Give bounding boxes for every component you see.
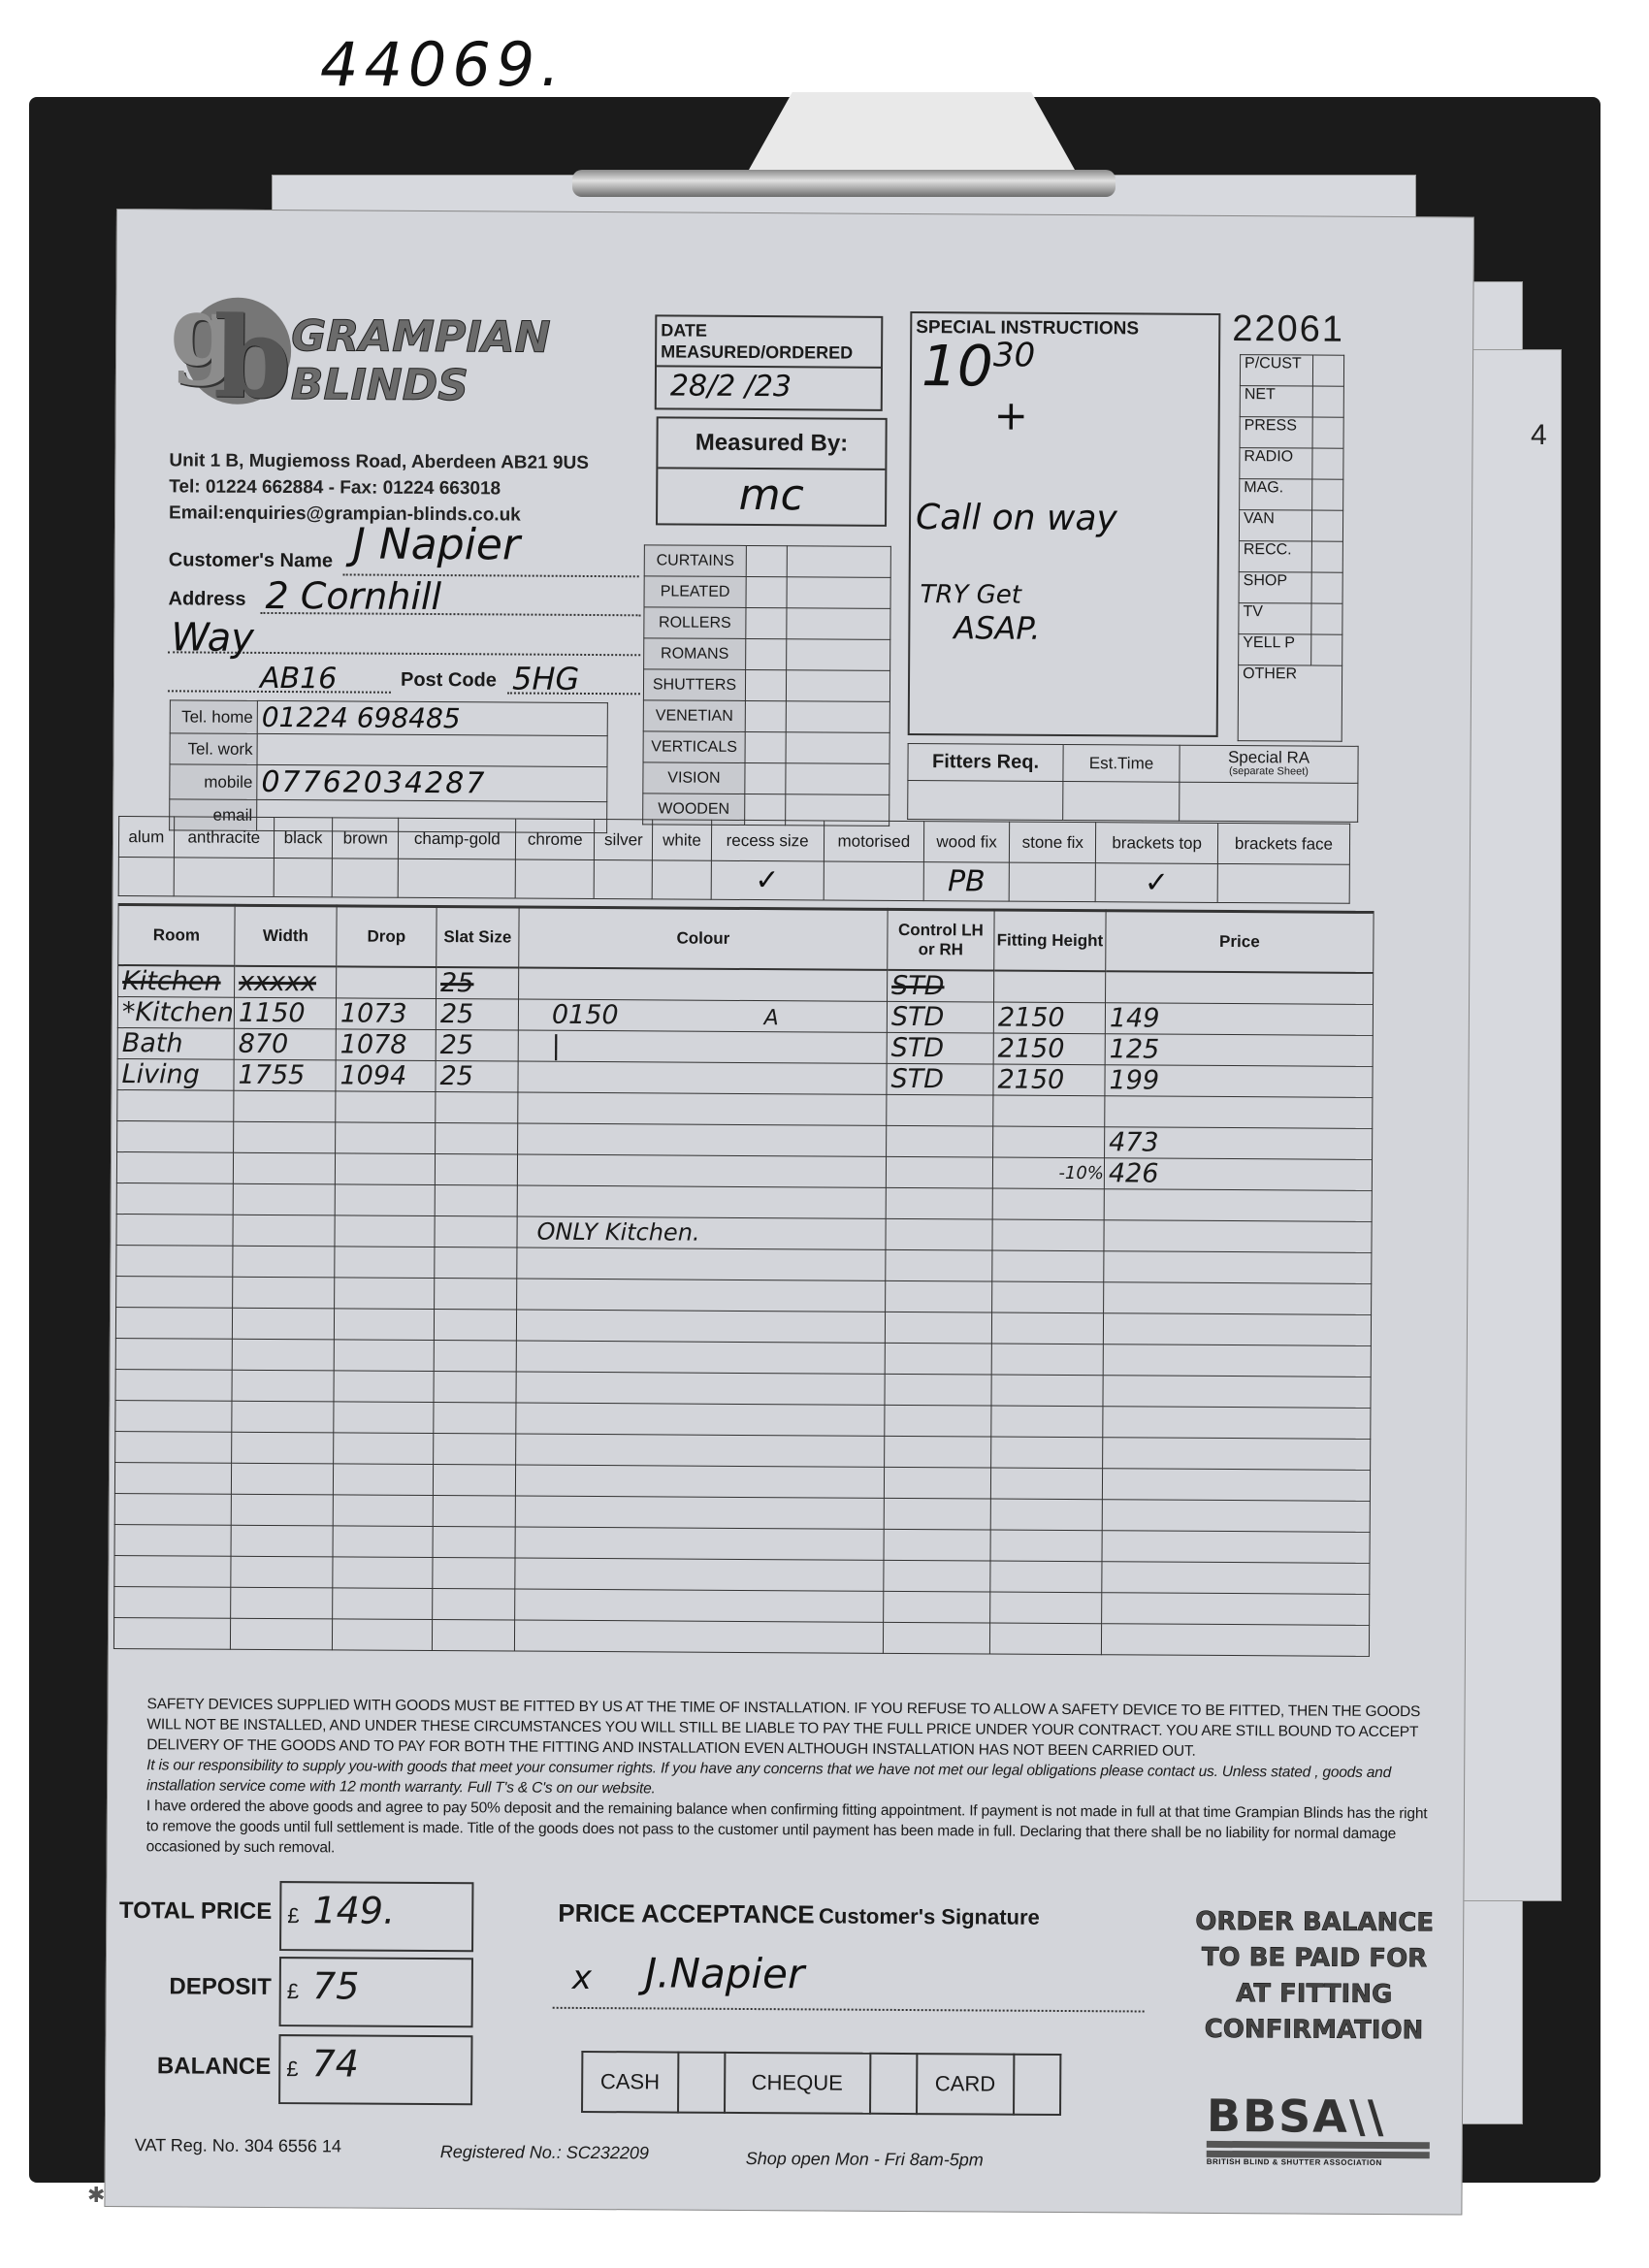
order-cell[interactable] xyxy=(515,1496,884,1529)
option-value[interactable] xyxy=(1009,862,1096,902)
order-cell[interactable] xyxy=(515,1527,884,1560)
option-value[interactable] xyxy=(399,859,516,898)
order-cell[interactable] xyxy=(115,1307,232,1339)
order-slat[interactable]: 25 xyxy=(436,1029,518,1061)
option-value[interactable] xyxy=(515,859,594,898)
address-label: Address xyxy=(168,588,245,610)
order-note[interactable]: ONLY Kitchen. xyxy=(517,1216,886,1249)
order-cell[interactable] xyxy=(116,1183,233,1215)
option-value[interactable]: ✓ xyxy=(711,860,824,900)
signature-label: Customer's Signature xyxy=(819,1903,1040,1928)
order-cell[interactable] xyxy=(433,1526,515,1558)
product-qty[interactable] xyxy=(745,669,786,700)
order-cell[interactable] xyxy=(232,1308,334,1340)
option-value[interactable] xyxy=(824,861,924,901)
order-cell[interactable] xyxy=(116,1245,233,1277)
bbsa-bars-icon xyxy=(1207,2141,1430,2158)
product-label: CURTAINS xyxy=(644,545,746,577)
order-fitting-height[interactable]: 2150 xyxy=(993,1033,1105,1065)
source-checkbox[interactable] xyxy=(1311,541,1342,572)
order-cell[interactable] xyxy=(887,1125,993,1157)
order-width[interactable]: xxxxx xyxy=(235,965,337,997)
source-checkbox[interactable] xyxy=(1312,355,1343,386)
signature-field[interactable]: J.Napier xyxy=(645,1949,805,1997)
product-detail[interactable] xyxy=(786,763,889,795)
orders-table: Room Width Drop Slat Size Colour Control… xyxy=(113,903,1374,1656)
product-qty[interactable] xyxy=(745,762,786,794)
order-cell[interactable] xyxy=(113,1617,230,1649)
order-cell[interactable] xyxy=(1102,1530,1370,1563)
order-cell[interactable] xyxy=(232,1401,334,1433)
order-drop[interactable]: 1073 xyxy=(336,997,436,1029)
balance-field[interactable]: £74 xyxy=(278,2034,472,2105)
order-width[interactable]: 1755 xyxy=(234,1059,336,1091)
option-header: anthracite xyxy=(174,817,275,859)
option-value[interactable] xyxy=(274,859,332,897)
order-cell[interactable] xyxy=(336,1090,436,1122)
order-cell[interactable] xyxy=(334,1370,434,1402)
order-cell[interactable] xyxy=(231,1494,333,1526)
order-cell[interactable] xyxy=(516,1310,885,1343)
col-fitting-height: Fitting Height xyxy=(994,910,1106,971)
order-drop[interactable] xyxy=(337,966,436,998)
customer-name-field[interactable]: J Napier xyxy=(353,519,520,569)
source-label: SHOP xyxy=(1239,572,1311,603)
product-checklist: CURTAINSPLEATEDROLLERSROMANSSHUTTERSVENE… xyxy=(642,544,891,826)
option-value[interactable]: PB xyxy=(923,862,1009,902)
order-fitting-height[interactable]: 2150 xyxy=(993,1002,1105,1034)
order-cell[interactable] xyxy=(990,1499,1102,1531)
order-cell[interactable] xyxy=(1102,1499,1370,1532)
product-qty[interactable] xyxy=(745,700,786,731)
product-qty[interactable] xyxy=(746,638,787,669)
order-cell[interactable] xyxy=(991,1312,1103,1345)
order-cell[interactable] xyxy=(435,1278,517,1310)
order-cell[interactable] xyxy=(515,1465,884,1498)
order-cell[interactable] xyxy=(1102,1468,1370,1501)
order-cell[interactable] xyxy=(514,1620,883,1653)
order-cell[interactable] xyxy=(885,1374,991,1406)
order-cell[interactable] xyxy=(333,1494,433,1526)
order-cell[interactable] xyxy=(992,1250,1104,1282)
order-cell[interactable] xyxy=(333,1587,433,1619)
order-cell[interactable] xyxy=(334,1401,434,1433)
order-cell[interactable] xyxy=(114,1586,231,1618)
order-cell[interactable] xyxy=(1101,1623,1369,1656)
tel-home-label: Tel. home xyxy=(170,700,257,734)
company-phone: Tel: 01224 662884 - Fax: 01224 663018 xyxy=(169,473,589,502)
order-cell[interactable] xyxy=(114,1524,231,1556)
order-price[interactable]: 125 xyxy=(1105,1033,1373,1066)
order-cell[interactable] xyxy=(991,1375,1103,1407)
order-cell[interactable] xyxy=(517,1154,886,1187)
order-slat[interactable]: 25 xyxy=(436,998,518,1030)
balance-value: 74 xyxy=(311,2042,359,2085)
source-label: RADIO xyxy=(1240,448,1312,479)
order-drop[interactable]: 1078 xyxy=(336,1028,436,1060)
special-ra-field[interactable] xyxy=(1180,782,1358,822)
order-cell[interactable] xyxy=(990,1592,1102,1624)
option-header: stone fix xyxy=(1010,822,1097,863)
order-cell[interactable] xyxy=(335,1183,435,1215)
order-cell[interactable] xyxy=(991,1344,1103,1376)
order-cell[interactable] xyxy=(884,1467,990,1499)
order-cell[interactable] xyxy=(1103,1312,1371,1345)
colour-value: 0150 xyxy=(552,999,619,1029)
order-cell[interactable] xyxy=(1105,1095,1373,1128)
order-width[interactable]: 870 xyxy=(234,1028,336,1060)
order-cell[interactable] xyxy=(516,1403,885,1436)
order-cell[interactable] xyxy=(517,1185,886,1218)
order-cell[interactable] xyxy=(515,1558,884,1591)
source-row: NET xyxy=(1240,386,1343,418)
order-cell[interactable] xyxy=(117,1120,234,1152)
safety-terms: SAFETY DEVICES SUPPLIED WITH GOODS MUST … xyxy=(146,1694,1437,1763)
order-cell[interactable] xyxy=(884,1591,990,1623)
order-cell[interactable] xyxy=(886,1280,992,1312)
currency-symbol: £ xyxy=(286,2057,298,2081)
address-field-1[interactable]: 2 Cornhill xyxy=(265,574,441,618)
order-cell[interactable] xyxy=(433,1588,515,1620)
signature-line xyxy=(553,2007,1145,2013)
product-qty[interactable] xyxy=(746,607,787,638)
order-cell[interactable] xyxy=(117,1089,234,1121)
fitters-req-field[interactable] xyxy=(908,780,1063,820)
order-cell[interactable] xyxy=(114,1462,231,1494)
order-fitting-height[interactable] xyxy=(994,970,1106,1002)
option-value[interactable] xyxy=(118,858,174,896)
product-detail[interactable] xyxy=(786,701,889,733)
source-label: VAN xyxy=(1239,510,1311,541)
order-room[interactable]: *Kitchen xyxy=(117,996,234,1028)
order-cell[interactable] xyxy=(886,1156,992,1188)
order-cell[interactable] xyxy=(1104,1281,1372,1314)
order-cell[interactable] xyxy=(992,1219,1104,1251)
order-cell[interactable] xyxy=(234,1090,336,1122)
option-header: silver xyxy=(595,820,653,860)
brand-line-1: GRAMPIAN xyxy=(291,312,551,363)
order-width[interactable]: 1150 xyxy=(234,997,336,1029)
product-qty[interactable] xyxy=(746,545,787,576)
order-cell[interactable] xyxy=(887,1094,993,1126)
order-fitting-height[interactable]: 2150 xyxy=(993,1064,1105,1096)
source-checkbox[interactable] xyxy=(1311,603,1342,634)
order-cell[interactable] xyxy=(434,1371,516,1403)
order-cell[interactable] xyxy=(232,1432,334,1464)
order-room[interactable]: Living xyxy=(117,1058,234,1090)
order-colour[interactable] xyxy=(519,967,888,1001)
clipboard-clip xyxy=(572,170,1115,197)
order-discounted-total[interactable]: 426 xyxy=(1104,1157,1372,1190)
order-cell[interactable] xyxy=(233,1246,335,1278)
order-discount[interactable]: -10% xyxy=(992,1157,1104,1189)
order-cell[interactable] xyxy=(883,1622,989,1654)
order-cell[interactable] xyxy=(335,1152,435,1184)
order-cell[interactable] xyxy=(436,1091,518,1123)
brand-line-2: BLINDS xyxy=(291,361,551,411)
order-colour[interactable]: | xyxy=(518,1030,887,1063)
total-price-field[interactable]: £149. xyxy=(279,1881,473,1952)
currency-symbol: £ xyxy=(287,1979,299,2003)
order-cell[interactable] xyxy=(434,1402,516,1434)
order-cell[interactable] xyxy=(884,1498,990,1530)
shop-hours: Shop open Mon - Fri 8am-5pm xyxy=(746,2149,984,2170)
order-cell[interactable] xyxy=(885,1312,991,1344)
balance-label: BALANCE xyxy=(106,2053,271,2081)
source-label: YELL P xyxy=(1239,634,1311,665)
source-label: NET xyxy=(1240,386,1312,417)
order-control[interactable]: STD xyxy=(887,1063,993,1095)
product-detail[interactable] xyxy=(787,577,890,609)
order-cell[interactable] xyxy=(231,1463,333,1495)
product-label: PLEATED xyxy=(644,576,746,608)
order-cell[interactable] xyxy=(1104,1219,1372,1252)
order-cell[interactable] xyxy=(233,1183,335,1215)
order-cell[interactable] xyxy=(434,1340,516,1372)
order-cell[interactable] xyxy=(433,1464,515,1496)
source-checkbox[interactable] xyxy=(1312,448,1343,479)
postcode-field[interactable]: 5HG xyxy=(512,661,579,697)
order-control[interactable]: STD xyxy=(888,969,994,1001)
order-cell[interactable] xyxy=(116,1151,233,1183)
product-row: CURTAINS xyxy=(644,545,890,578)
order-cell[interactable] xyxy=(434,1433,516,1465)
product-detail[interactable] xyxy=(787,546,890,578)
background-sheet-number: 4 xyxy=(1531,419,1547,452)
notice-line: AT FITTING xyxy=(1174,1976,1455,2014)
order-cell[interactable] xyxy=(231,1525,333,1557)
order-cell[interactable] xyxy=(233,1215,335,1247)
order-cell[interactable] xyxy=(433,1557,515,1589)
order-cell[interactable] xyxy=(885,1436,991,1468)
col-slat-size: Slat Size xyxy=(436,907,519,968)
product-detail[interactable] xyxy=(786,670,889,702)
order-cell[interactable] xyxy=(516,1434,885,1467)
order-price[interactable]: 149 xyxy=(1105,1002,1373,1035)
order-cell[interactable] xyxy=(332,1618,432,1650)
product-detail[interactable] xyxy=(786,732,889,764)
order-cell[interactable] xyxy=(333,1556,433,1588)
order-cell[interactable] xyxy=(234,1121,336,1153)
order-cell[interactable] xyxy=(989,1623,1101,1655)
source-checklist: P/CUSTNETPRESSRADIOMAG.VANRECC.SHOPTVYEL… xyxy=(1238,354,1344,742)
col-width: Width xyxy=(235,905,337,966)
order-cell[interactable] xyxy=(230,1618,332,1650)
order-control[interactable]: STD xyxy=(887,1032,993,1064)
option-value[interactable]: ✓ xyxy=(1096,863,1218,903)
order-cell[interactable] xyxy=(433,1495,515,1527)
order-price[interactable]: 199 xyxy=(1105,1064,1373,1097)
source-checkbox[interactable] xyxy=(1312,479,1343,510)
order-cell[interactable] xyxy=(1103,1406,1371,1439)
product-detail[interactable] xyxy=(787,639,890,671)
order-cell[interactable] xyxy=(233,1152,335,1184)
order-cell[interactable] xyxy=(114,1493,231,1525)
option-header: alum xyxy=(118,817,174,858)
order-cell[interactable] xyxy=(116,1276,233,1308)
order-cell[interactable] xyxy=(518,1123,887,1156)
order-cell[interactable] xyxy=(115,1338,232,1370)
order-control[interactable]: STD xyxy=(887,1001,993,1033)
source-checkbox[interactable] xyxy=(1312,386,1343,417)
option-header: champ-gold xyxy=(399,818,516,859)
price-acceptance-heading: PRICE ACCEPTANCE Customer's Signature xyxy=(558,1898,1040,1931)
order-cell[interactable] xyxy=(333,1463,433,1495)
order-cell[interactable] xyxy=(517,1279,886,1312)
order-cell[interactable] xyxy=(991,1437,1103,1469)
source-checkbox[interactable] xyxy=(1311,572,1342,603)
source-label: MAG. xyxy=(1240,479,1312,510)
option-value[interactable] xyxy=(174,858,275,897)
order-cell[interactable] xyxy=(886,1218,992,1250)
order-cell[interactable] xyxy=(231,1556,333,1588)
tel-home-field[interactable]: 01224 698485 xyxy=(257,700,607,735)
scan-mark: ✱ xyxy=(87,2183,105,2208)
option-value[interactable] xyxy=(653,860,711,899)
order-cell[interactable] xyxy=(515,1589,884,1622)
deposit-value: 75 xyxy=(312,1964,360,2007)
company-address: Unit 1 B, Mugiemoss Road, Aberdeen AB21 … xyxy=(169,447,589,476)
order-subtotal[interactable]: 473 xyxy=(1105,1126,1373,1159)
deposit-field[interactable]: £75 xyxy=(279,1957,473,2027)
order-cell[interactable] xyxy=(886,1187,992,1219)
option-header: motorised xyxy=(824,821,924,862)
mobile-field[interactable]: 07762034287 xyxy=(257,764,607,801)
order-cell[interactable] xyxy=(1103,1344,1371,1377)
order-cell[interactable] xyxy=(334,1308,434,1340)
special-ra-title: Special RA xyxy=(1184,749,1354,764)
est-time-field[interactable] xyxy=(1063,781,1180,821)
order-cell[interactable] xyxy=(517,1247,886,1280)
order-cell[interactable] xyxy=(115,1431,232,1463)
special-instructions-box: SPECIAL INSTRUCTIONS 1030 + Call on way … xyxy=(908,311,1221,737)
order-cell[interactable] xyxy=(516,1372,885,1405)
order-cell[interactable] xyxy=(1102,1561,1370,1594)
notice-line: ORDER BALANCE xyxy=(1174,1904,1455,1942)
order-cell[interactable] xyxy=(115,1400,232,1432)
order-cell[interactable] xyxy=(1104,1250,1372,1283)
order-cell[interactable] xyxy=(432,1619,514,1651)
order-cell[interactable] xyxy=(233,1277,335,1309)
notice-line: CONFIRMATION xyxy=(1173,2012,1454,2050)
product-row: ROMANS xyxy=(644,638,890,671)
order-cell[interactable] xyxy=(435,1184,517,1216)
order-cell[interactable] xyxy=(990,1561,1102,1593)
terms-and-conditions: SAFETY DEVICES SUPPLIED WITH GOODS MUST … xyxy=(146,1694,1438,1864)
contact-table: Tel. home 01224 698485 Tel. work mobile … xyxy=(169,699,608,833)
notice-line: TO BE PAID FOR xyxy=(1174,1940,1455,1978)
order-cell[interactable] xyxy=(232,1339,334,1371)
option-value[interactable] xyxy=(594,860,652,899)
order-cell[interactable] xyxy=(336,1121,436,1153)
tel-work-field[interactable] xyxy=(257,733,607,766)
order-cell[interactable] xyxy=(436,1122,518,1154)
order-cell[interactable] xyxy=(1103,1375,1371,1408)
order-cell[interactable] xyxy=(335,1215,435,1247)
order-cell[interactable] xyxy=(334,1339,434,1371)
product-detail[interactable] xyxy=(787,608,890,640)
source-checkbox[interactable] xyxy=(1311,634,1342,665)
order-cell[interactable] xyxy=(884,1529,990,1561)
order-cell[interactable] xyxy=(884,1560,990,1592)
address-field-3[interactable]: AB16 xyxy=(260,662,337,696)
order-cell[interactable] xyxy=(885,1343,991,1375)
source-checkbox[interactable] xyxy=(1312,417,1343,448)
order-cell[interactable] xyxy=(1103,1437,1371,1470)
order-cell[interactable] xyxy=(1104,1188,1372,1221)
order-cell[interactable] xyxy=(334,1432,434,1464)
order-cell[interactable] xyxy=(335,1246,435,1278)
product-qty[interactable] xyxy=(746,576,787,607)
order-drop[interactable]: 1094 xyxy=(336,1059,436,1091)
date-box: DATE MEASURED/ORDERED 28/2 /23 xyxy=(655,314,884,410)
order-cell[interactable] xyxy=(990,1530,1102,1562)
payment-method-checkbox[interactable] xyxy=(678,2053,725,2113)
order-cell[interactable] xyxy=(991,1406,1103,1438)
instruction-time-hour: 10 xyxy=(921,333,993,399)
order-cell[interactable] xyxy=(993,1126,1105,1158)
address-field-2[interactable]: Way xyxy=(171,615,254,661)
date-sublabel: MEASURED/ORDERED xyxy=(661,340,877,363)
order-cell[interactable] xyxy=(333,1525,433,1557)
order-cell[interactable] xyxy=(115,1369,232,1401)
order-room[interactable]: Kitchen xyxy=(118,965,235,997)
bbsa-logo: BBSA\\ BRITISH BLIND & SHUTTER ASSOCIATI… xyxy=(1207,2093,1430,2167)
order-slat[interactable]: 25 xyxy=(436,1060,518,1092)
product-qty[interactable] xyxy=(745,731,786,762)
order-cell[interactable] xyxy=(114,1555,231,1587)
order-colour[interactable] xyxy=(518,1061,887,1094)
order-cell[interactable] xyxy=(516,1341,885,1374)
order-cell[interactable] xyxy=(990,1468,1102,1500)
payment-method-checkbox[interactable] xyxy=(870,2054,917,2114)
option-header: brackets top xyxy=(1096,823,1218,864)
source-checkbox[interactable] xyxy=(1311,510,1342,541)
order-room[interactable]: Bath xyxy=(117,1027,234,1059)
measured-by-label: Measured By: xyxy=(658,418,885,470)
file-reference: 44069. xyxy=(320,29,566,100)
order-cell[interactable] xyxy=(518,1092,887,1125)
order-colour[interactable]: 0150A xyxy=(518,999,887,1032)
order-cell[interactable] xyxy=(231,1587,333,1619)
order-cell[interactable] xyxy=(435,1215,517,1247)
option-value[interactable] xyxy=(332,859,399,897)
order-cell[interactable] xyxy=(885,1405,991,1437)
order-cell[interactable] xyxy=(992,1281,1104,1313)
source-checkbox[interactable] xyxy=(1310,665,1342,741)
order-cell[interactable] xyxy=(232,1370,334,1402)
option-header: white xyxy=(653,820,711,860)
order-cell[interactable] xyxy=(993,1095,1105,1127)
option-header: black xyxy=(274,818,332,859)
order-price[interactable] xyxy=(1106,971,1374,1004)
source-label: P/CUST xyxy=(1240,355,1312,386)
payment-method-checkbox[interactable] xyxy=(1014,2055,1060,2115)
order-cell[interactable] xyxy=(435,1247,517,1279)
order-balance-notice: ORDER BALANCE TO BE PAID FOR AT FITTING … xyxy=(1173,1904,1455,2050)
option-value[interactable] xyxy=(1217,863,1349,903)
order-cell[interactable] xyxy=(116,1214,233,1246)
order-slat[interactable]: 25 xyxy=(436,967,519,999)
order-cell[interactable] xyxy=(1102,1592,1370,1625)
product-label: ROMANS xyxy=(644,638,746,670)
order-cell[interactable] xyxy=(434,1309,516,1341)
order-cell[interactable] xyxy=(886,1249,992,1281)
company-contact: Unit 1 B, Mugiemoss Road, Aberdeen AB21 … xyxy=(169,447,589,529)
order-cell[interactable] xyxy=(992,1188,1104,1220)
order-cell[interactable] xyxy=(435,1153,517,1185)
order-cell[interactable] xyxy=(335,1277,435,1309)
